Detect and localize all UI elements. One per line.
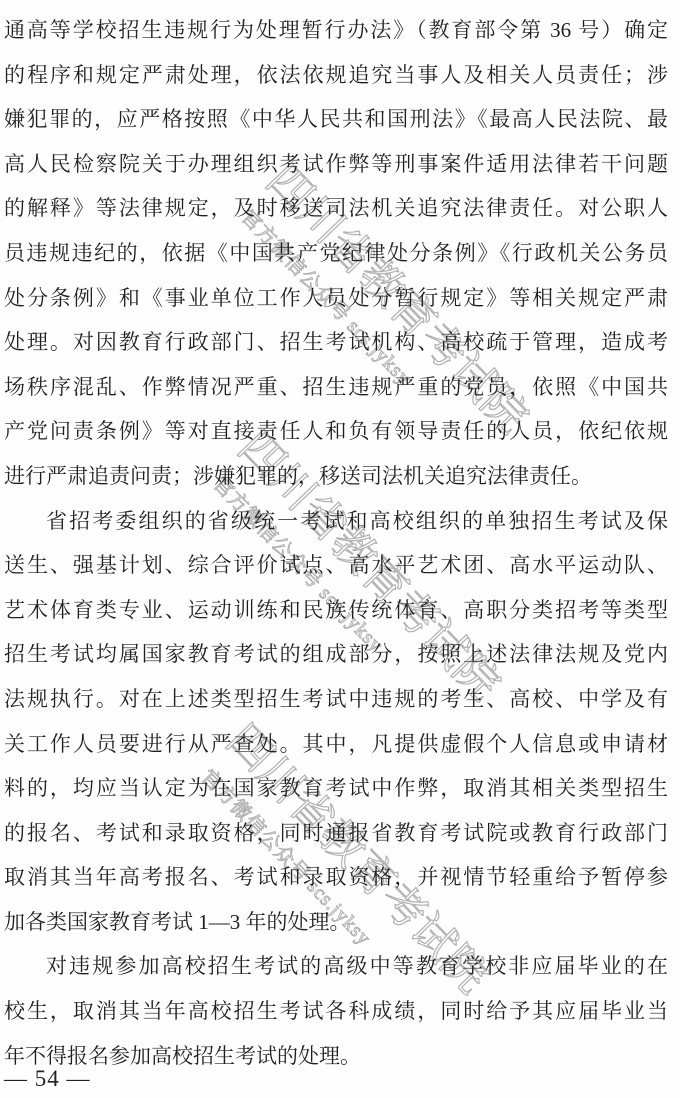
text-line: 场秩序混乱、作弊情况严重、招生违规严重的党员，依照《中国共: [4, 365, 668, 410]
text-line: 省招考委组织的省级统一考试和高校组织的单独招生考试及保: [4, 499, 668, 544]
text-line: 产党问责条例》等对直接责任人和负有领导责任的人员，依纪依规: [4, 409, 668, 454]
text-line: 校生，取消其当年高校招生考试各科成绩，同时给予其应届毕业当: [4, 989, 668, 1034]
document-page: 四川省教育考试院官方微信公众号 scs.jyksy四川省教育考试院官方微信公众号…: [0, 0, 680, 1098]
body-text: 通高等学校招生违规行为处理暂行办法》（教育部令第 36 号）确定的程序和规定严肃…: [4, 8, 668, 1078]
text-line: 关工作人员要进行从严查处。其中，凡提供虚假个人信息或申请材: [4, 722, 668, 767]
text-line: 艺术体育类专业、运动训练和民族传统体育、高职分类招考等类型: [4, 588, 668, 633]
text-line: 员违规违纪的，依据《中国共产党纪律处分条例》《行政机关公务员: [4, 231, 668, 276]
text-line: 嫌犯罪的，应严格按照《中华人民共和国刑法》《最高人民法院、最: [4, 97, 668, 142]
text-line: 取消其当年高考报名、考试和录取资格，并视情节轻重给予暂停参: [4, 855, 668, 900]
text-line: 送生、强基计划、综合评价试点、高水平艺术团、高水平运动队、: [4, 543, 668, 588]
page-footer: — 54 —: [4, 1066, 91, 1092]
text-line: 处理。对因教育行政部门、招生考试机构、高校疏于管理，造成考: [4, 320, 668, 365]
text-line: 加各类国家教育考试 1—3 年的处理。: [4, 900, 668, 945]
text-line: 高人民检察院关于办理组织考试作弊等刑事案件适用法律若干问题: [4, 142, 668, 187]
text-line: 招生考试均属国家教育考试的组成部分，按照上述法律法规及党内: [4, 632, 668, 677]
text-line: 的程序和规定严肃处理，依法依规追究当事人及相关人员责任；涉: [4, 53, 668, 98]
text-line: 的解释》等法律规定，及时移送司法机关追究法律责任。对公职人: [4, 186, 668, 231]
text-line: 法规执行。对在上述类型招生考试中违规的考生、高校、中学及有: [4, 677, 668, 722]
text-line: 料的，均应当认定为在国家教育考试中作弊，取消其相关类型招生: [4, 766, 668, 811]
text-line: 年不得报名参加高校招生考试的处理。: [4, 1034, 668, 1079]
text-line: 的报名、考试和录取资格，同时通报省教育考试院或教育行政部门: [4, 811, 668, 856]
text-line: 对违规参加高校招生考试的高级中等教育学校非应届毕业的在: [4, 944, 668, 989]
text-line: 通高等学校招生违规行为处理暂行办法》（教育部令第 36 号）确定: [4, 8, 668, 53]
page-number: — 54 —: [4, 1066, 91, 1091]
text-line: 处分条例》和《事业单位工作人员处分暂行规定》等相关规定严肃: [4, 276, 668, 321]
text-line: 进行严肃追责问责；涉嫌犯罪的，移送司法机关追究法律责任。: [4, 454, 668, 499]
